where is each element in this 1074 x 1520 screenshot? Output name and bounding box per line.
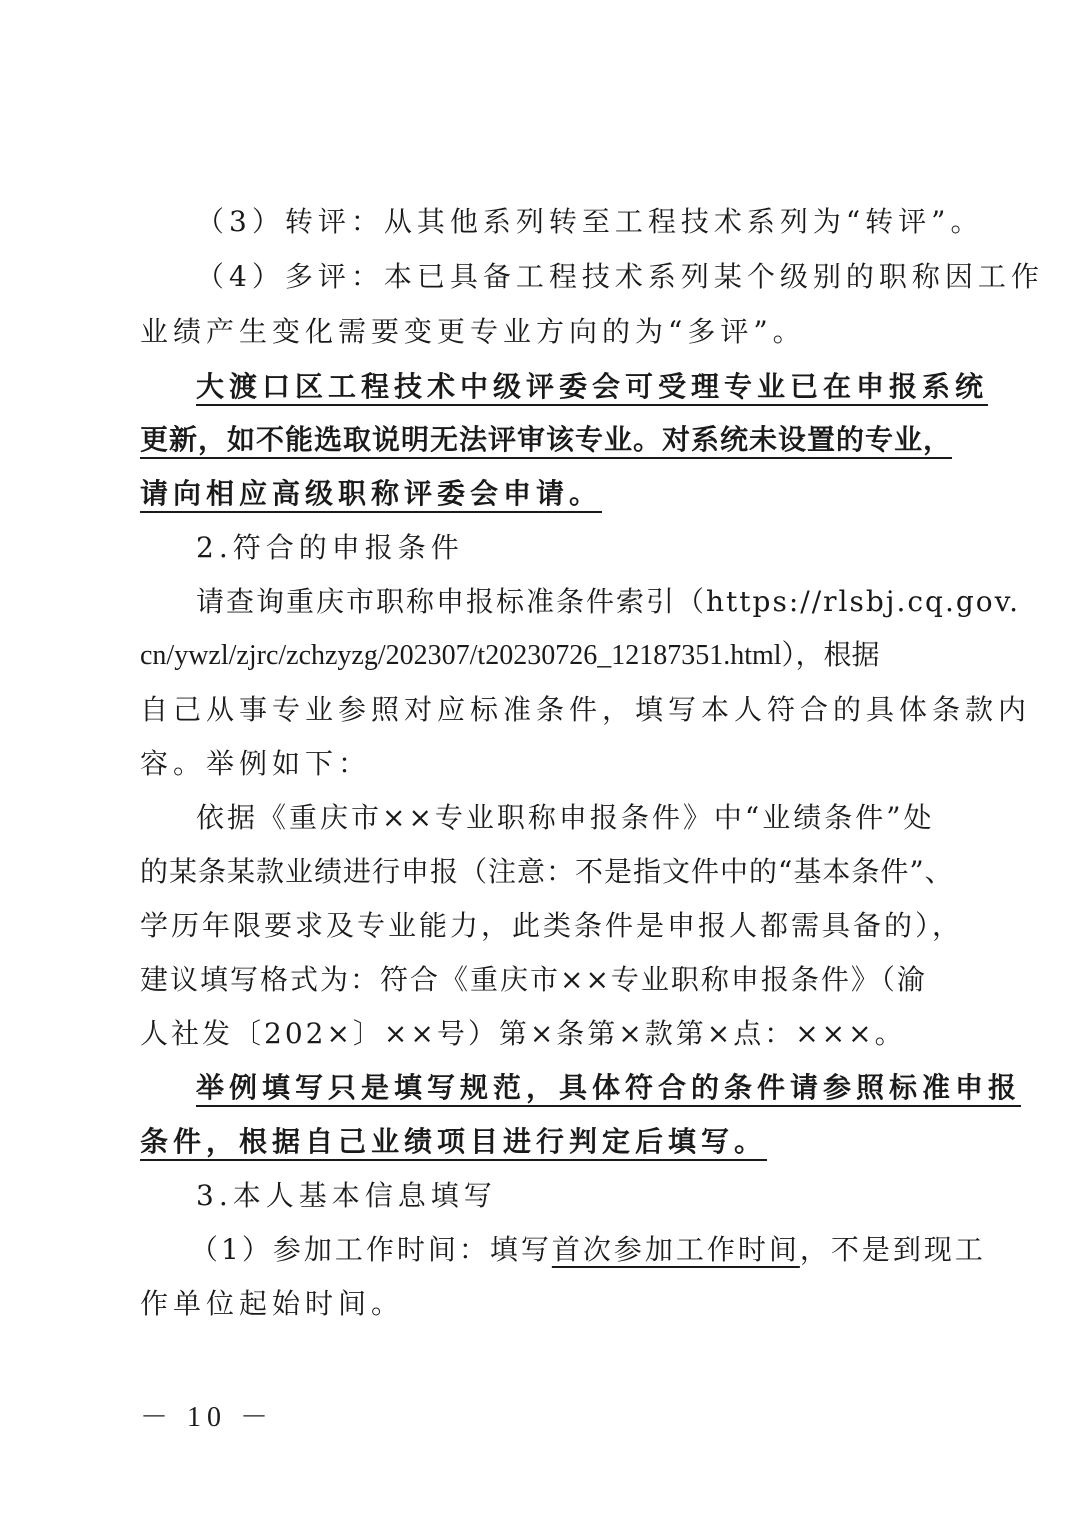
paragraph-multi-review: （4）多评：本已具备工程技术系列某个级别的职称因工作 — [196, 257, 936, 297]
section-heading-basic-info: 3.本人基本信息填写 — [196, 1176, 936, 1216]
paragraph-multi-review-cont: 业绩产生变化需要变更专业方向的为“多评”。 — [140, 312, 936, 352]
paragraph-example: 依据《重庆市××专业职称申报条件》中“业绩条件”处 — [196, 798, 936, 838]
paragraph-query-index: 请查询重庆市职称申报标准条件索引（https://rlsbj.cq.gov. — [196, 582, 936, 622]
notice-example-norm-end: 条件，根据自己业绩项目进行判定后填写。 — [140, 1122, 787, 1162]
paragraph-work-start-time-end: 作单位起始时间。 — [140, 1284, 936, 1324]
section-heading-conditions: 2.符合的申报条件 — [196, 528, 936, 568]
page-number: － 10 － — [140, 1398, 274, 1438]
paragraph-work-start-time: （1）参加工作时间：填写首次参加工作时间，不是到现工 — [190, 1230, 930, 1270]
notice-accepted-majors-cont: 更新，如不能选取说明无法评审该专业。对系统未设置的专业， — [140, 420, 936, 460]
work-start-time-emphasis: 首次参加工作时间 — [552, 1233, 800, 1266]
paragraph-transfer-review: （3）转评：从其他系列转至工程技术系列为“转评”。 — [196, 202, 936, 242]
paragraph-example-cont-1: 的某条某款业绩进行申报（注意：不是指文件中的“基本条件”、 — [140, 852, 936, 892]
paragraph-example-end: 人社发〔202×〕××号）第×条第×款第×点：×××。 — [140, 1014, 936, 1054]
paragraph-example-cont-3: 建议填写格式为：符合《重庆市××专业职称申报条件》（渝 — [140, 960, 936, 1000]
work-start-time-prefix: （1）参加工作时间：填写 — [190, 1233, 552, 1266]
notice-example-norm: 举例填写只是填写规范，具体符合的条件请参照标准申报 — [196, 1068, 936, 1108]
paragraph-query-end: 容。举例如下： — [140, 744, 936, 784]
notice-accepted-majors-end: 请向相应高级职称评委会申请。 — [140, 474, 632, 514]
work-start-time-suffix: ，不是到现工 — [800, 1233, 986, 1266]
notice-accepted-majors: 大渡口区工程技术中级评委会可受理专业已在申报系统 — [196, 367, 936, 407]
paragraph-example-cont-2: 学历年限要求及专业能力，此类条件是申报人都需具备的）， — [140, 906, 936, 946]
paragraph-query-cont: 自己从事专业参照对应标准条件，填写本人符合的具体条款内 — [140, 690, 936, 730]
paragraph-query-url: cn/ywzl/zjrc/zchzyzg/202307/t20230726_12… — [140, 636, 936, 676]
